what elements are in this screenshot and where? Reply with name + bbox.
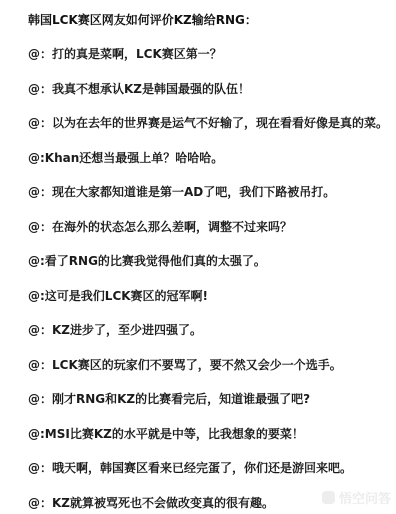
comment-line: @:这可是我们LCK赛区的冠军啊! (28, 278, 392, 313)
watermark-label: 悟空问答 (339, 488, 391, 507)
page-title: 韩国LCK赛区网友如何评价KZ输给RNG： (28, 2, 392, 37)
comment-line: @：哦天啊，韩国赛区看来已经完蛋了，你们还是游回来吧。 (28, 451, 392, 486)
comment-line: @：KZ进步了，至少进四强了。 (28, 313, 392, 348)
comment-list: @：打的真是菜啊，LCK赛区第一？@：我真不想承认KZ是韩国最强的队伍！@：以为… (28, 37, 392, 514)
comment-line: @：刚才RNG和KZ的比赛看完后，知道谁最强了吧? (28, 382, 392, 417)
text-column: 韩国LCK赛区网友如何评价KZ输给RNG： @：打的真是菜啊，LCK赛区第一？@… (28, 2, 392, 514)
wukong-qa-logo-icon (322, 491, 335, 504)
comment-line: @：打的真是菜啊，LCK赛区第一？ (28, 37, 392, 72)
comment-line: @:看了RNG的比赛我觉得他们真的太强了。 (28, 244, 392, 279)
comment-line: @:MSI比赛KZ的水平就是中等，比我想象的要菜！ (28, 416, 392, 451)
comment-line: @：以为在去年的世界赛是运气不好输了，现在看看好像是真的菜。 (28, 106, 392, 141)
comment-line: @：我真不想承认KZ是韩国最强的队伍！ (28, 71, 392, 106)
comment-line: @：在海外的状态怎么那么差啊，调整不过来吗？ (28, 209, 392, 244)
comment-line: @：LCK赛区的玩家们不要骂了，要不然又会少一个选手。 (28, 347, 392, 382)
comment-line: @:Khan还想当最强上单？哈哈哈。 (28, 140, 392, 175)
comment-line: @：现在大家都知道谁是第一AD了吧，我们下路被吊打。 (28, 175, 392, 210)
watermark: 悟空问答 (322, 488, 391, 507)
comments-screenshot: 韩国LCK赛区网友如何评价KZ输给RNG： @：打的真是菜啊，LCK赛区第一？@… (0, 0, 396, 514)
